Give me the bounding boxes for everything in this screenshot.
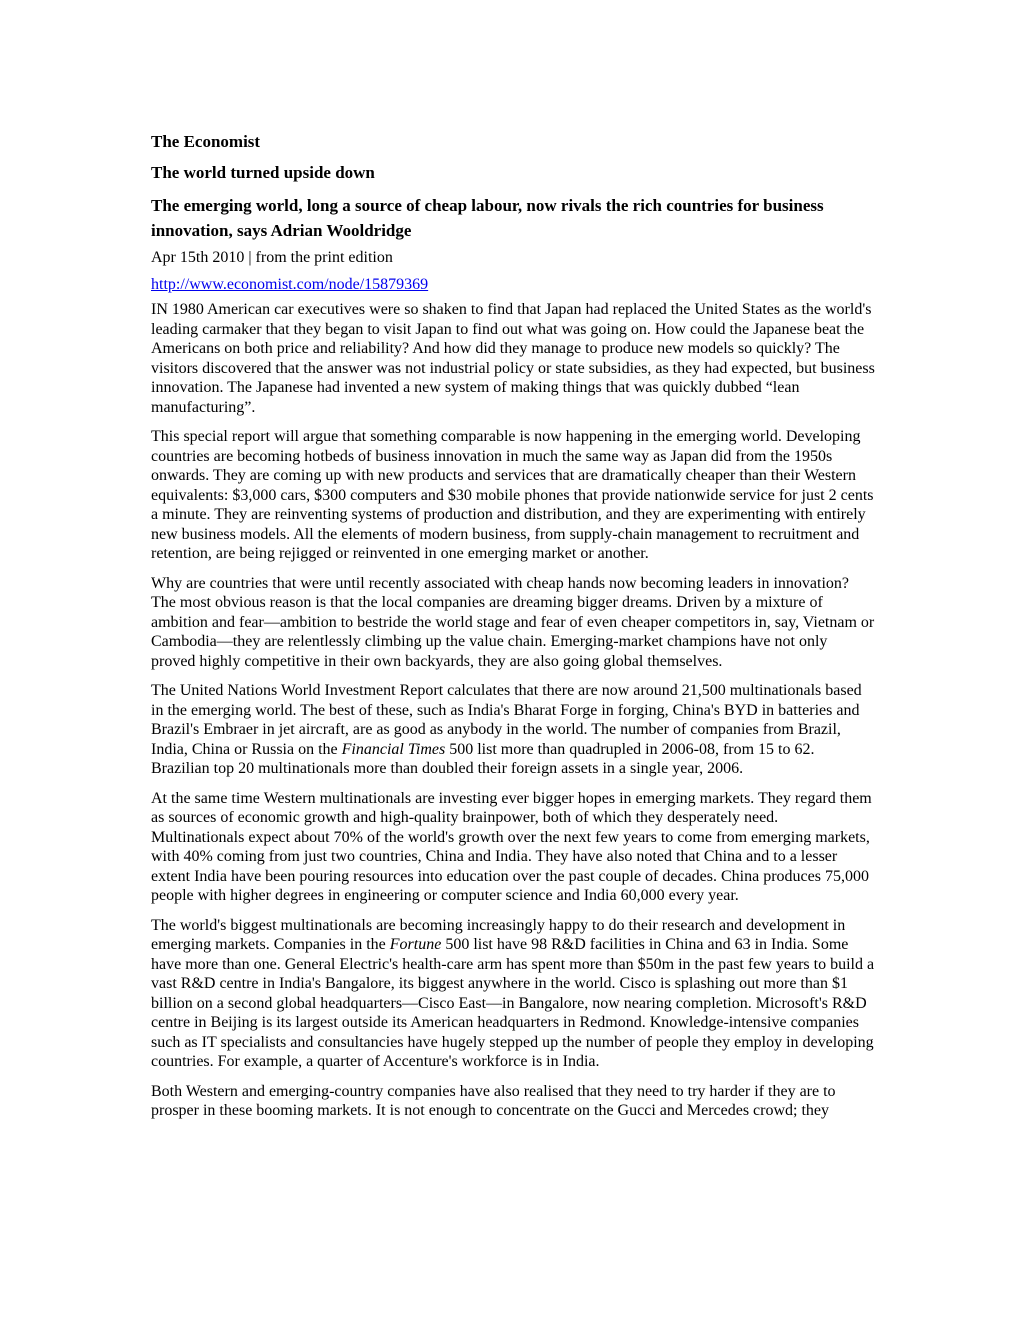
publication-name: The Economist xyxy=(151,131,875,152)
paragraph: The world's biggest multinationals are b… xyxy=(151,916,875,1072)
document-page: The Economist The world turned upside do… xyxy=(0,0,1020,1320)
article-headline: The emerging world, long a source of che… xyxy=(151,193,875,243)
paragraph: The United Nations World Investment Repo… xyxy=(151,681,875,779)
dateline: Apr 15th 2010 | from the print edition xyxy=(151,247,875,268)
article-title: The world turned upside down xyxy=(151,162,875,183)
paragraph: This special report will argue that some… xyxy=(151,427,875,564)
link-line: http://www.economist.com/node/15879369 xyxy=(151,274,875,295)
paragraph: IN 1980 American car executives were so … xyxy=(151,300,875,417)
paragraph: At the same time Western multinationals … xyxy=(151,789,875,906)
paragraph: Why are countries that were until recent… xyxy=(151,574,875,672)
article-content: The Economist The world turned upside do… xyxy=(151,131,875,1131)
article-body: IN 1980 American car executives were so … xyxy=(151,300,875,1121)
paragraph: Both Western and emerging-country compan… xyxy=(151,1082,875,1121)
article-url-link[interactable]: http://www.economist.com/node/15879369 xyxy=(151,276,428,293)
